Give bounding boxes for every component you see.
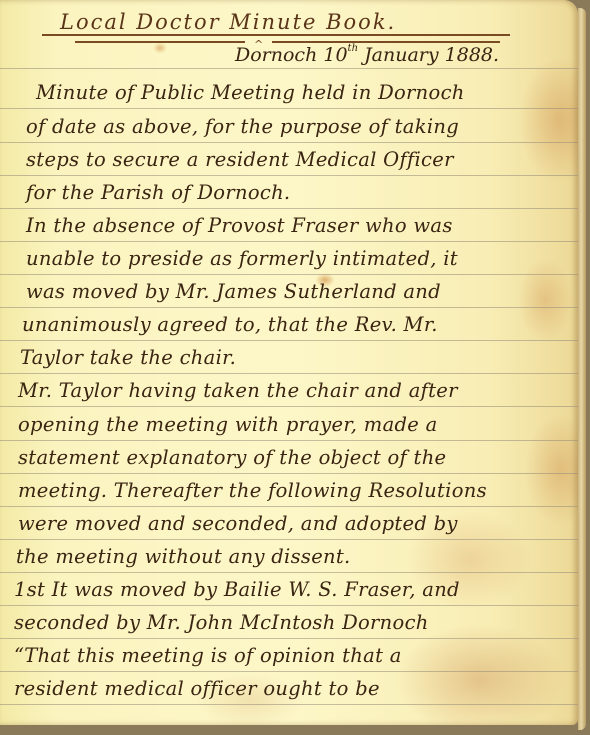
ruled-line [0,142,578,143]
minute-line: meeting. Thereafter the following Resolu… [18,478,568,504]
minute-line: Minute of Public Meeting held in Dornoch [36,80,586,106]
minute-line: seconded by Mr. John McIntosh Dornoch [14,610,564,636]
minute-line: unanimously agreed to, that the Rev. Mr. [22,312,572,338]
minute-line: resident medical officer ought to be [14,676,564,702]
date-day-suffix: th [348,43,358,54]
minute-line: unable to preside as formerly intimated,… [26,246,576,272]
minute-line: the meeting without any dissent. [16,544,566,570]
notebook-page: Local Doctor Minute Book. ^ Dornoch 10th… [0,0,578,725]
minute-line: opening the meeting with prayer, made a [18,412,568,438]
minute-line: was moved by Mr. James Sutherland and [26,279,576,305]
minute-line: Taylor take the chair. [20,345,570,371]
minute-line: statement explanatory of the object of t… [18,445,568,471]
ruled-line [0,274,578,275]
minute-line: In the absence of Provost Fraser who was [26,213,576,239]
ruled-line [0,473,578,474]
minute-line: Mr. Taylor having taken the chair and af… [18,378,568,404]
minute-line: 1st It was moved by Bailie W. S. Fraser,… [14,577,564,603]
ruled-line [0,340,578,341]
ruled-line [0,208,578,209]
ruled-line [0,671,578,672]
ruled-line [0,539,578,540]
ruled-line [0,175,578,176]
title-underline [42,34,510,36]
title-double-underline-right [272,41,500,43]
title-double-underline-left [75,41,245,43]
ruled-line [0,241,578,242]
minute-line: steps to secure a resident Medical Offic… [26,147,576,173]
ruled-line [0,68,578,69]
date-day: 10 [323,44,347,66]
minute-line: for the Parish of Dornoch. [26,180,576,206]
ruled-line [0,638,578,639]
date-month-year: January 1888. [364,44,499,66]
dateline: Dornoch 10th January 1888. [235,44,499,66]
date-place: Dornoch [235,44,317,66]
ruled-line [0,440,578,441]
minute-line: were moved and seconded, and adopted by [18,511,568,537]
ruled-line [0,373,578,374]
ruled-line [0,307,578,308]
ruled-line [0,704,578,705]
ruled-line [0,605,578,606]
minute-line: “That this meeting is of opinion that a [14,643,564,669]
page-title: Local Doctor Minute Book. [60,10,520,34]
ruled-line [0,506,578,507]
ruled-line [0,572,578,573]
ruled-line [0,108,578,109]
minute-line: of date as above, for the purpose of tak… [26,114,576,140]
ruled-line [0,406,578,407]
page-edge [578,8,586,730]
